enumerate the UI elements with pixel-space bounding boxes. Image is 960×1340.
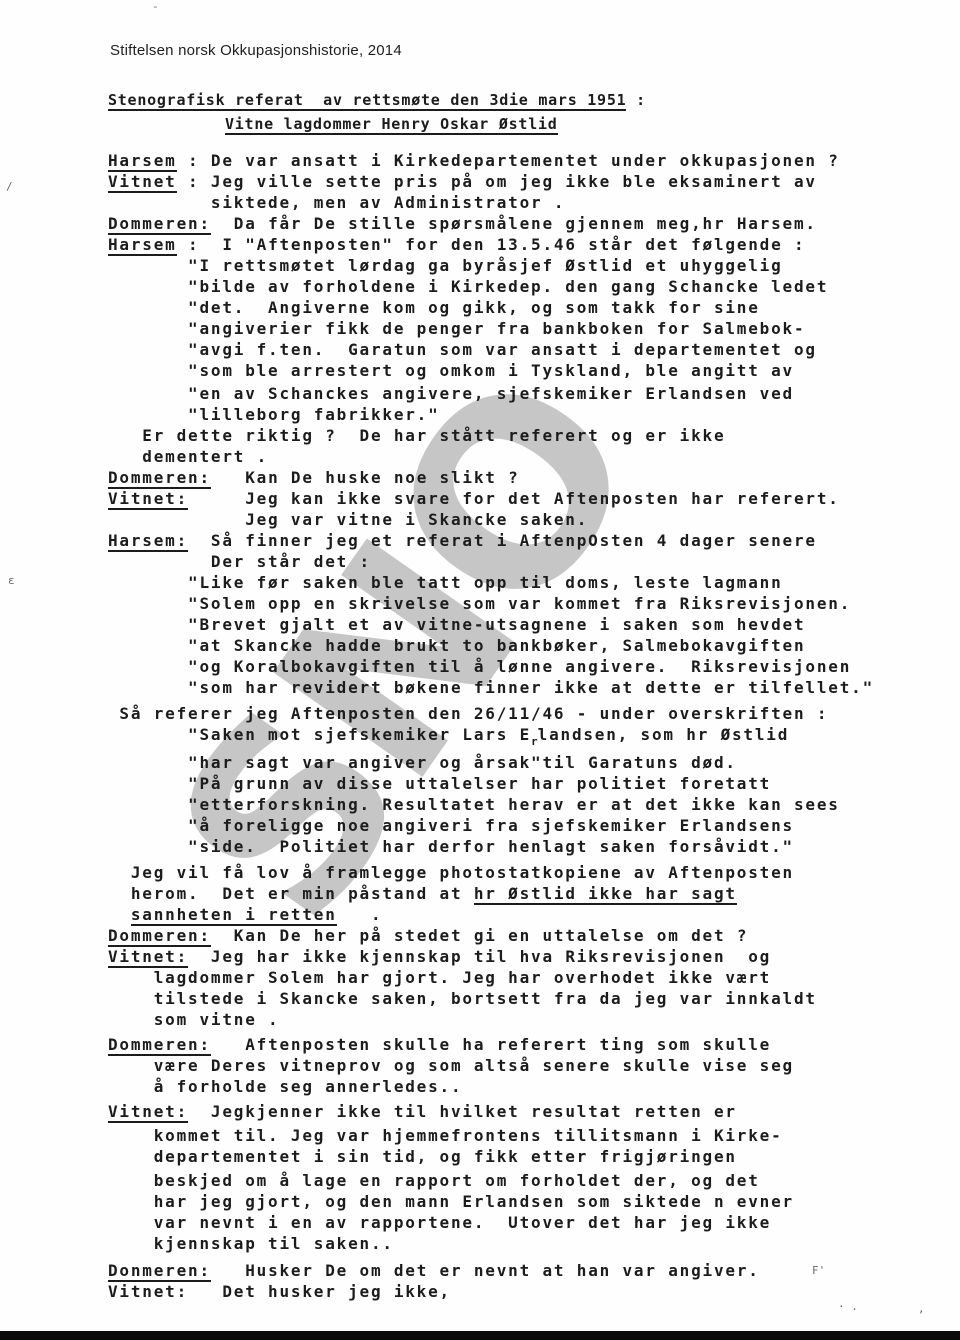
text-segment <box>108 905 131 924</box>
document-title-text: Stenografisk referat av rettsmøte den 3d… <box>108 91 626 111</box>
document-subtitle: Vitne lagdommer Henry Oskar Østlid <box>225 112 874 136</box>
text-segment: "lilleborg fabrikker." <box>108 405 440 424</box>
text-segment: "som har revidert bøkene finner ikke at … <box>108 678 874 697</box>
text-segment: Jegkjenner ikke til hvilket resultat ret… <box>188 1102 737 1121</box>
transcript-line: Dommeren: Kan De huske noe slikt ? <box>108 467 874 488</box>
transcript-line: "Solem opp en skrivelse som var kommet f… <box>108 593 874 614</box>
text-segment: beskjed om å lage en rapport om forholde… <box>108 1171 760 1190</box>
transcript-line: siktede, men av Administrator . <box>108 192 874 213</box>
underlined-text: Dommeren: <box>108 468 211 489</box>
text-segment: dementert . <box>108 447 268 466</box>
transcript-line: Dommeren: Aftenposten skulle ha referert… <box>108 1034 874 1055</box>
transcript-line: "som ble arrestert og omkom i Tyskland, … <box>108 360 874 381</box>
document-title-colon: : <box>626 91 646 109</box>
text-segment: kommet til. Jeg var hjemmefrontens tilli… <box>108 1126 783 1145</box>
text-segment: "etterforskning. Resultatet herav er at … <box>108 795 840 814</box>
text-segment: kjennskap til saken.. <box>108 1234 394 1253</box>
text-segment: "side. Politiet har derfor henlagt saken… <box>108 837 794 856</box>
text-segment: Jeg har ikke kjennskap til hva Riksrevis… <box>188 947 771 966</box>
transcript-line: departementet i sin tid, og fikk etter f… <box>108 1146 874 1167</box>
text-segment: : I "Aftenposten" for den 13.5.46 står d… <box>177 235 806 254</box>
underlined-text: sannheten i retten <box>131 905 337 926</box>
text-segment: Jeg var vitne i Skancke saken. <box>108 510 588 529</box>
transcript-line: "Saken mot sjefskemiker Lars Erlandsen, … <box>108 724 874 752</box>
transcript-line: tilstede i Skancke saken, bortsett fra d… <box>108 988 874 1009</box>
underlined-text: Harsem <box>108 151 177 172</box>
text-segment: Vitnet: Det husker jeg ikke, <box>108 1282 451 1301</box>
underlined-text: hr Østlid ikke har sagt <box>474 884 737 905</box>
text-segment: tilstede i Skancke saken, bortsett fra d… <box>108 989 817 1008</box>
transcript-line: var nevnt i en av rapportene. Utover det… <box>108 1212 874 1233</box>
text-segment: "Like før saken ble tatt opp til doms, l… <box>108 573 783 592</box>
text-segment: "har sagt var angiver og årsak"til Garat… <box>108 753 737 772</box>
transcript-line: Jeg vil få lov å framlegge photostatkopi… <box>108 862 874 883</box>
transcript-line: Donmeren: Husker De om det er nevnt at h… <box>108 1260 874 1281</box>
transcript-line: Harsem : De var ansatt i Kirkedepartemen… <box>108 150 874 171</box>
transcript-line: "en av Schanckes angivere, sjefskemiker … <box>108 383 874 404</box>
transcript-line: "etterforskning. Resultatet herav er at … <box>108 794 874 815</box>
text-segment: være Deres vitneprov og som altså senere… <box>108 1056 794 1075</box>
text-segment: Jeg vil få lov å framlegge photostatkopi… <box>108 863 794 882</box>
text-segment: "angiverier fikk de penger fra bankboken… <box>108 319 805 338</box>
transcript-line: har jeg gjort, og den mann Erlandsen som… <box>108 1191 874 1212</box>
text-segment: Da får De stille spørsmålene gjennem meg… <box>211 214 817 233</box>
underlined-text: Vitnet: <box>108 1102 188 1123</box>
underlined-text: Vitnet: <box>108 489 188 510</box>
text-segment: "bilde av forholdene i Kirkedep. den gan… <box>108 277 828 296</box>
transcript-line: Harsem : I "Aftenposten" for den 13.5.46… <box>108 234 874 255</box>
transcript-line: "bilde av forholdene i Kirkedep. den gan… <box>108 276 874 297</box>
transcript-line: "I rettsmøtet lørdag ga byråsjef Østlid … <box>108 255 874 276</box>
transcript-line: "angiverier fikk de penger fra bankboken… <box>108 318 874 339</box>
text-segment: : De var ansatt i Kirkedepartementet und… <box>177 151 840 170</box>
text-segment: "I rettsmøtet lørdag ga byråsjef Østlid … <box>108 256 783 275</box>
text-segment: "Solem opp en skrivelse som var kommet f… <box>108 594 851 613</box>
text-segment: herom. Det er min påstand at <box>108 884 474 903</box>
text-segment: å forholde seg annerledes.. <box>108 1077 462 1096</box>
underlined-text: Harsem <box>108 235 177 256</box>
underlined-text: Dommeren: <box>108 1035 211 1056</box>
text-segment: "at Skancke hadde brukt to bankbøker, Sa… <box>108 636 805 655</box>
transcript-line: være Deres vitneprov og som altså senere… <box>108 1055 874 1076</box>
transcript-line: Dommeren: Kan De her på stedet gi en utt… <box>108 925 874 946</box>
transcript-line: Jeg var vitne i Skancke saken. <box>108 509 874 530</box>
transcript-line: "at Skancke hadde brukt to bankbøker, Sa… <box>108 635 874 656</box>
transcript-lines: Harsem : De var ansatt i Kirkedepartemen… <box>108 150 874 1302</box>
transcript-line: "har sagt var angiver og årsak"til Garat… <box>108 752 874 773</box>
document-subtitle-text: Vitne lagdommer Henry Oskar Østlid <box>225 115 558 135</box>
transcript-line: dementert . <box>108 446 874 467</box>
text-segment: Er dette riktig ? De har stått referert … <box>108 426 725 445</box>
text-segment: "og Koralbokavgiften til å lønne angiver… <box>108 657 851 676</box>
text-segment: Så finner jeg et referat i AftenpOsten 4… <box>188 531 817 550</box>
text-segment: har jeg gjort, og den mann Erlandsen som… <box>108 1192 794 1211</box>
transcript-line: "lilleborg fabrikker." <box>108 404 874 425</box>
text-segment: Husker De om det er nevnt at han var ang… <box>211 1261 760 1280</box>
text-segment: "På grunn av disse uttalelser har politi… <box>108 774 771 793</box>
text-segment: landsen, som hr Østlid <box>538 725 790 744</box>
underlined-text: Harsem: <box>108 531 188 552</box>
transcript-line: Vitnet: Jegkjenner ikke til hvilket resu… <box>108 1101 874 1122</box>
transcript-line: Vitnet: Jeg har ikke kjennskap til hva R… <box>108 946 874 967</box>
text-segment: departementet i sin tid, og fikk etter f… <box>108 1147 737 1166</box>
transcript-line: Så referer jeg Aftenposten den 26/11/46 … <box>108 703 874 724</box>
transcript-line: "og Koralbokavgiften til å lønne angiver… <box>108 656 874 677</box>
transcript-line: Vitnet: Jeg kan ikke svare for det Aften… <box>108 488 874 509</box>
transcript-line: Harsem: Så finner jeg et referat i Aften… <box>108 530 874 551</box>
text-segment: "Brevet gjalt et av vitne-utsagnene i sa… <box>108 615 805 634</box>
transcript-body: Stenografisk referat av rettsmøte den 3d… <box>108 88 874 1302</box>
transcript-line: Dommeren: Da får De stille spørsmålene g… <box>108 213 874 234</box>
text-segment: "som ble arrestert og omkom i Tyskland, … <box>108 361 794 380</box>
transcript-line: beskjed om å lage en rapport om forholde… <box>108 1170 874 1191</box>
transcript-line: "å foreligge noe angiveri fra sjefskemik… <box>108 815 874 836</box>
transcript-line: Vitnet: Det husker jeg ikke, <box>108 1281 874 1302</box>
transcript-line: "Like før saken ble tatt opp til doms, l… <box>108 572 874 593</box>
transcript-line: "det. Angiverne kom og gikk, og som takk… <box>108 297 874 318</box>
transcript-line: "Brevet gjalt et av vitne-utsagnene i sa… <box>108 614 874 635</box>
text-segment: . <box>337 905 383 924</box>
text-segment: "Saken mot sjefskemiker Lars E <box>108 725 531 744</box>
underlined-text: Vitnet: <box>108 947 188 968</box>
transcript-line: "På grunn av disse uttalelser har politi… <box>108 773 874 794</box>
underlined-text: Donmeren: <box>108 1261 211 1282</box>
scan-bottom-edge <box>0 1331 960 1340</box>
text-segment: "avgi f.ten. Garatun som var ansatt i de… <box>108 340 817 359</box>
text-segment: var nevnt i en av rapportene. Utover det… <box>108 1213 771 1232</box>
underlined-text: Dommeren: <box>108 926 211 947</box>
text-segment: "en av Schanckes angivere, sjefskemiker … <box>108 384 794 403</box>
publisher-header: Stiftelsen norsk Okkupasjonshistorie, 20… <box>110 42 402 59</box>
text-segment: Jeg kan ikke svare for det Aftenposten h… <box>188 489 840 508</box>
text-segment: siktede, men av Administrator . <box>108 193 565 212</box>
transcript-line: som vitne . <box>108 1009 874 1030</box>
text-segment: Aftenposten skulle ha referert ting som … <box>211 1035 771 1054</box>
transcript-line: Vitnet : Jeg ville sette pris på om jeg … <box>108 171 874 192</box>
transcript-line: Der står det : <box>108 551 874 572</box>
document-title: Stenografisk referat av rettsmøte den 3d… <box>108 88 874 112</box>
text-segment: r <box>531 735 538 748</box>
text-segment: : Jeg ville sette pris på om jeg ikke bl… <box>177 172 817 191</box>
text-segment: Så referer jeg Aftenposten den 26/11/46 … <box>108 704 828 723</box>
scanned-document-page: Stiftelsen norsk Okkupasjonshistorie, 20… <box>0 0 960 1340</box>
scan-artifact: · . <box>838 1300 858 1313</box>
scan-artifact: ε <box>8 574 15 587</box>
transcript-line: "som har revidert bøkene finner ikke at … <box>108 677 874 698</box>
transcript-line: Er dette riktig ? De har stått referert … <box>108 425 874 446</box>
scan-artifact: F' <box>812 1264 825 1277</box>
transcript-line: kjennskap til saken.. <box>108 1233 874 1254</box>
transcript-line: "side. Politiet har derfor henlagt saken… <box>108 836 874 857</box>
text-segment: "å foreligge noe angiveri fra sjefskemik… <box>108 816 794 835</box>
scan-artifact: , <box>918 1302 925 1315</box>
text-segment: Kan De her på stedet gi en uttalelse om … <box>211 926 748 945</box>
transcript-line: å forholde seg annerledes.. <box>108 1076 874 1097</box>
text-segment: som vitne . <box>108 1010 280 1029</box>
scan-artifact: / <box>6 180 13 193</box>
transcript-line: herom. Det er min påstand at hr Østlid i… <box>108 883 874 904</box>
transcript-line: sannheten i retten . <box>108 904 874 925</box>
transcript-line: kommet til. Jeg var hjemmefrontens tilli… <box>108 1125 874 1146</box>
transcript-line: lagdommer Solem har gjort. Jeg har overh… <box>108 967 874 988</box>
text-segment: Kan De huske noe slikt ? <box>211 468 520 487</box>
text-segment: lagdommer Solem har gjort. Jeg har overh… <box>108 968 771 987</box>
scan-artifact: - <box>152 0 159 13</box>
transcript-line: "avgi f.ten. Garatun som var ansatt i de… <box>108 339 874 360</box>
text-segment: Der står det : <box>108 552 371 571</box>
underlined-text: Vitnet <box>108 172 177 193</box>
underlined-text: Dommeren: <box>108 214 211 235</box>
text-segment: "det. Angiverne kom og gikk, og som takk… <box>108 298 760 317</box>
